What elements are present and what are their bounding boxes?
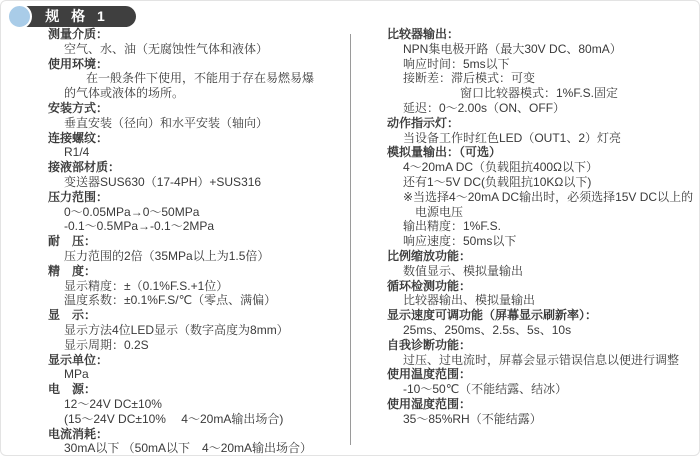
spec-label: 精 度： xyxy=(48,264,348,279)
spec-value-line: 的气体或液体的场所。 xyxy=(48,86,348,101)
spec-value-line: 当设备工作时红色LED（OUT1、2）灯亮 xyxy=(387,131,699,146)
spec-label: 循环检测功能： xyxy=(387,279,699,294)
spec-value-line: R1/4 xyxy=(48,145,348,160)
spec-label: 电 源： xyxy=(48,382,348,397)
spec-label: 模拟量输出：（可选） xyxy=(387,145,699,160)
spec-section: 安装方式：垂直安装（径向）和水平安装（轴向） xyxy=(48,101,348,131)
spec-label: 连接螺纹： xyxy=(48,131,348,146)
spec-section: 显 示：显示方法4位LED显示（数字高度为8mm）显示周期：0.2S xyxy=(48,308,348,352)
spec-value-line: 12～24V DC±10% xyxy=(48,397,348,412)
spec-section: 使用湿度范围：35～85%RH（不能结露） xyxy=(387,397,699,427)
spec-label: 使用湿度范围： xyxy=(387,397,699,412)
spec-value-line: ※当选择4～20mA DC输出时，必须选择15V DC以上的 xyxy=(387,190,699,205)
spec-section: 接液部材质：变送器SUS630（17-4PH）+SUS316 xyxy=(48,160,348,190)
spec-section: 比较器输出：NPN集电极开路（最大30V DC、80mA）响应时间：5ms以下接… xyxy=(387,27,699,116)
spec-section: 测量介质：空气、水、油（无腐蚀性气体和液体） xyxy=(48,27,348,57)
spec-value-line: 比较器输出、模拟量输出 xyxy=(387,293,699,308)
section-title-banner: 规 格 1 xyxy=(18,6,136,27)
spec-value-line: 过压、过电流时，屏幕会显示错误信息以便进行调整 xyxy=(387,353,699,368)
spec-label: 耐 压： xyxy=(48,234,348,249)
spec-label: 测量介质： xyxy=(48,27,348,42)
spec-value-line: 显示精度：±（0.1%F.S.+1位） xyxy=(48,279,348,294)
spec-column-right: 比较器输出：NPN集电极开路（最大30V DC、80mA）响应时间：5ms以下接… xyxy=(387,27,699,427)
spec-label: 使用温度范围： xyxy=(387,367,699,382)
spec-value-line: 垂直安装（径向）和水平安装（轴向） xyxy=(48,116,348,131)
spec-value-line: 显示周期：0.2S xyxy=(48,338,348,353)
spec-value-line: 数值显示、模拟量输出 xyxy=(387,264,699,279)
spec-label: 显示单位： xyxy=(48,353,348,368)
spec-value-line: -10～50℃（不能结露、结冰） xyxy=(387,382,699,397)
spec-section: 显示单位：MPa xyxy=(48,353,348,383)
spec-label: 动作指示灯： xyxy=(387,116,699,131)
spec-value-line: 温度系数：±0.1%F.S/℃（零点、满偏） xyxy=(48,293,348,308)
spec-value-line: 电源电压 xyxy=(387,205,699,220)
spec-label: 自我诊断功能： xyxy=(387,338,699,353)
spec-value-line: 空气、水、油（无腐蚀性气体和液体） xyxy=(48,42,348,57)
spec-value-line: 显示方法4位LED显示（数字高度为8mm） xyxy=(48,323,348,338)
spec-value-line: 响应速度：50ms以下 xyxy=(387,234,699,249)
spec-section: 电流消耗：30mA以下 （50mA以下 4～20mA输出场合） xyxy=(48,427,348,456)
spec-section: 动作指示灯：当设备工作时红色LED（OUT1、2）灯亮 xyxy=(387,116,699,146)
spec-value-line: 4～20mA DC（负载阻抗400Ω以下） xyxy=(387,160,699,175)
spec-value-line: 接断差：滞后模式：可变 xyxy=(387,71,699,86)
spec-section: 模拟量输出：（可选）4～20mA DC（负载阻抗400Ω以下）还有1～5V DC… xyxy=(387,145,699,249)
spec-section: 连接螺纹：R1/4 xyxy=(48,131,348,161)
spec-page: 规 格 1 测量介质：空气、水、油（无腐蚀性气体和液体）使用环境：在一般条件下使… xyxy=(0,0,700,456)
spec-section: 使用环境：在一般条件下使用，不能用于存在易燃易爆的气体或液体的场所。 xyxy=(48,57,348,101)
spec-value-line: 30mA以下 （50mA以下 4～20mA输出场合） xyxy=(48,441,348,456)
spec-section: 电 源：12～24V DC±10%(15～24V DC±10% 4～20mA输出… xyxy=(48,382,348,426)
spec-label: 使用环境： xyxy=(48,57,348,72)
spec-section: 压力范围：0～0.05MPa→0～50MPa-0.1～0.5MPa→-0.1～2… xyxy=(48,190,348,234)
spec-value-line: 在一般条件下使用，不能用于存在易燃易爆 xyxy=(48,71,348,86)
spec-value-line: 35～85%RH（不能结露） xyxy=(387,412,699,427)
spec-section: 显示速度可调功能（屏幕显示刷新率）：25ms、250ms、2.5s、5s、10s xyxy=(387,308,699,338)
spec-value-line: 输出精度：1%F.S. xyxy=(387,219,699,234)
spec-section: 比例缩放功能：数值显示、模拟量输出 xyxy=(387,249,699,279)
spec-section: 自我诊断功能：过压、过电流时，屏幕会显示错误信息以便进行调整 xyxy=(387,338,699,368)
column-divider xyxy=(350,34,351,445)
spec-label: 比例缩放功能： xyxy=(387,249,699,264)
spec-value-line: 窗口比较器模式：1%F.S.固定 xyxy=(387,86,699,101)
spec-column-left: 测量介质：空气、水、油（无腐蚀性气体和液体）使用环境：在一般条件下使用，不能用于… xyxy=(48,27,348,456)
spec-value-line: 0～0.05MPa→0～50MPa xyxy=(48,205,348,220)
spec-section: 精 度：显示精度：±（0.1%F.S.+1位）温度系数：±0.1%F.S/℃（零… xyxy=(48,264,348,308)
spec-label: 显示速度可调功能（屏幕显示刷新率）： xyxy=(387,308,699,323)
spec-label: 安装方式： xyxy=(48,101,348,116)
spec-value-line: 延迟：0～2.00s（ON、OFF） xyxy=(387,101,699,116)
spec-label: 接液部材质： xyxy=(48,160,348,175)
spec-value-line: 变送器SUS630（17-4PH）+SUS316 xyxy=(48,175,348,190)
spec-value-line: -0.1～0.5MPa→-0.1～2MPa xyxy=(48,219,348,234)
spec-label: 压力范围： xyxy=(48,190,348,205)
spec-value-line: (15～24V DC±10% 4～20mA输出场合) xyxy=(48,412,348,427)
spec-value-line: MPa xyxy=(48,367,348,382)
page-title: 规 格 1 xyxy=(45,8,109,24)
circle-accent-icon xyxy=(7,4,32,29)
spec-section: 循环检测功能：比较器输出、模拟量输出 xyxy=(387,279,699,309)
spec-value-line: 25ms、250ms、2.5s、5s、10s xyxy=(387,323,699,338)
spec-label: 比较器输出： xyxy=(387,27,699,42)
spec-label: 电流消耗： xyxy=(48,427,348,442)
spec-value-line: 压力范围的2倍（35MPa以上为1.5倍） xyxy=(48,249,348,264)
spec-value-line: NPN集电极开路（最大30V DC、80mA） xyxy=(387,42,699,57)
spec-section: 使用温度范围：-10～50℃（不能结露、结冰） xyxy=(387,367,699,397)
spec-value-line: 响应时间：5ms以下 xyxy=(387,57,699,72)
spec-label: 显 示： xyxy=(48,308,348,323)
spec-value-line: 还有1～5V DC(负载阻抗10KΩ以下) xyxy=(387,175,699,190)
spec-section: 耐 压：压力范围的2倍（35MPa以上为1.5倍） xyxy=(48,234,348,264)
